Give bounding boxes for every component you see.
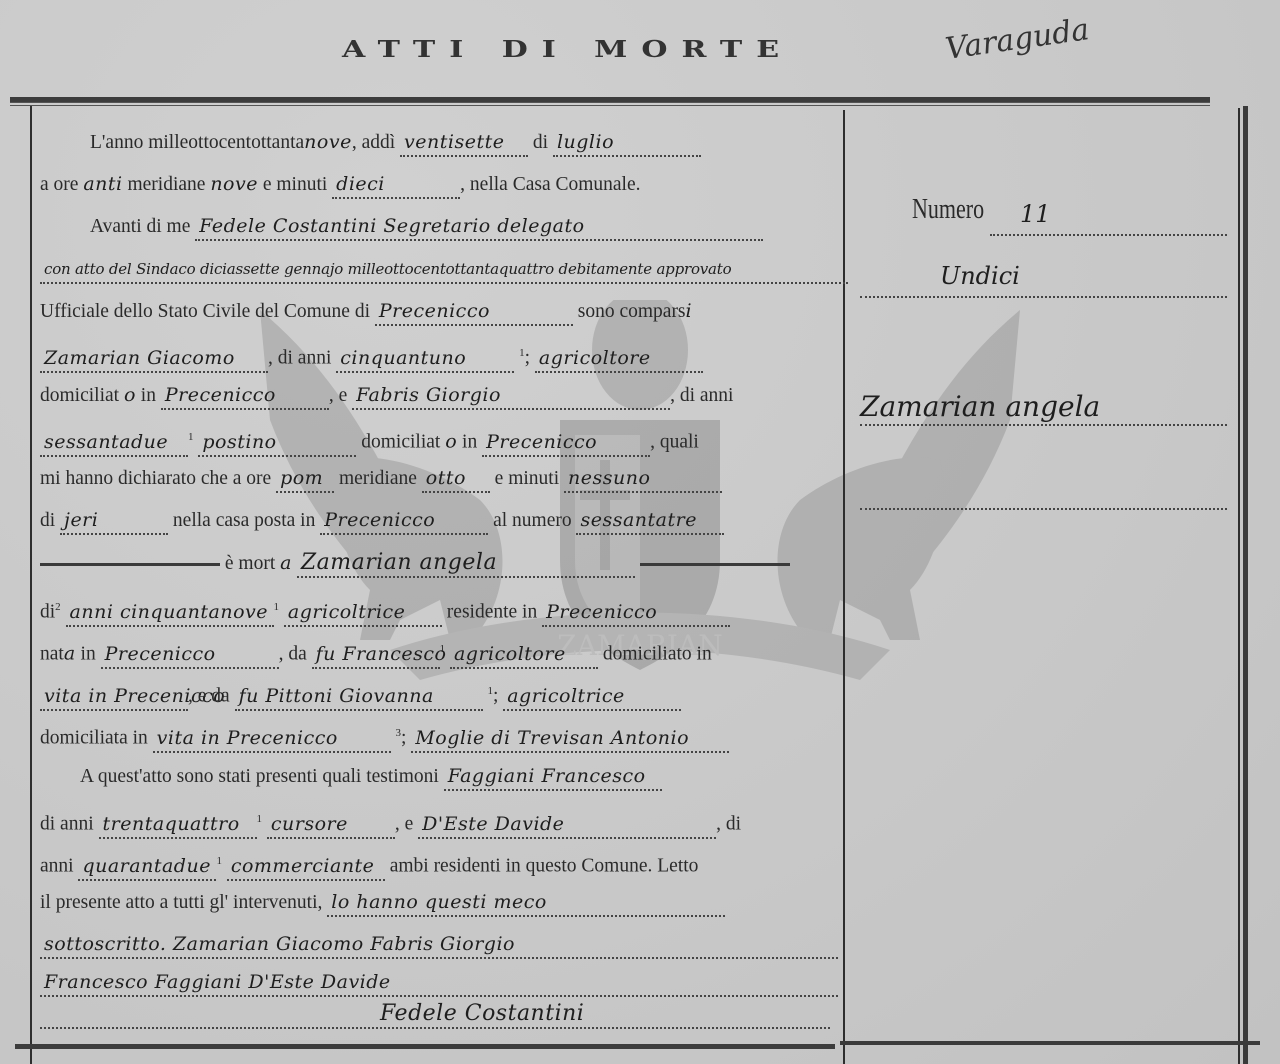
day-field: ventisette — [400, 129, 528, 157]
record-line-reading: il presente atto a tutti gl' intervenuti… — [40, 886, 830, 920]
text: , da — [279, 644, 307, 665]
text: anni — [40, 856, 74, 877]
signatures-witnesses-2: Francesco Faggiani D'Este Davide — [40, 969, 838, 997]
witness3-age-field: trentaquattro — [99, 811, 257, 839]
numero-label: Numero — [912, 192, 984, 226]
footnote-marker: 1 — [274, 601, 280, 613]
text: di — [533, 132, 548, 153]
gender-suffix: o — [445, 431, 457, 453]
witness1-age-field: cinquantuno — [336, 345, 514, 373]
footnote-marker: 1 — [216, 855, 222, 867]
year-suffix: nove — [304, 131, 352, 153]
text: e minuti — [263, 174, 327, 195]
signature-line-3: Fedele Costantini — [40, 998, 830, 1032]
death-place-field: Precenicco — [320, 507, 488, 535]
witness2-age-field: sessantadue — [40, 429, 188, 457]
blank-margin-field — [860, 474, 1227, 510]
bottom-rule-divider — [15, 1044, 835, 1049]
witness1-name-field: Zamarian Giacomo — [40, 345, 268, 373]
deceased-age-field: anni cinquantanove — [66, 599, 274, 627]
minutes-field: dieci — [332, 171, 460, 199]
text: in — [462, 432, 477, 453]
record-line-officer: Avanti di me Fedele Costantini Segretari… — [90, 210, 830, 244]
month-field: luglio — [553, 129, 701, 157]
deceased-residence-field: Precenicco — [542, 599, 730, 627]
record-line-birth: nata in Precenicco, da fu Francesco1 agr… — [40, 632, 830, 666]
death-period-field: pom — [276, 465, 334, 493]
signatures-witnesses: sottoscritto. Zamarian Giacomo Fabris Gi… — [40, 931, 838, 959]
text: il presente atto a tutti gl' intervenuti… — [40, 892, 322, 913]
gender-suffix: a — [64, 643, 76, 665]
text: , addì — [352, 132, 395, 153]
text: A quest'atto sono stati presenti quali t… — [80, 766, 439, 787]
text: di — [40, 602, 55, 623]
text: , quali — [650, 432, 699, 453]
period-field: anti — [83, 173, 122, 195]
footnote-marker: 1 — [487, 685, 493, 697]
text: al numero — [493, 510, 572, 531]
witness1-occupation-field: agricoltore — [535, 345, 703, 373]
record-line-parents: vita in Precenicco, e da fu Pittoni Giov… — [40, 674, 830, 708]
record-line-witness3: di anni trentaquattro1 cursore, e D'Este… — [40, 802, 830, 836]
plural-suffix: i — [686, 300, 693, 322]
text: mi hanno dichiarato che a ore — [40, 468, 271, 489]
text: e minuti — [495, 468, 559, 489]
mother-field: fu Pittoni Giovanna — [235, 683, 483, 711]
signature-line-2: Francesco Faggiani D'Este Davide — [40, 966, 830, 1000]
signature-line-1: sottoscritto. Zamarian Giacomo Fabris Gi… — [40, 928, 830, 962]
closing-field: lo hanno questi meco — [327, 889, 725, 917]
deceased-margin-name: Zamarian angela — [860, 390, 1100, 423]
witness1-residence-field: Precenicco — [161, 382, 329, 410]
text: in — [141, 385, 156, 406]
strike-line — [40, 563, 220, 566]
text: domiciliat — [40, 385, 119, 406]
text: , e — [395, 814, 413, 835]
text: a ore — [40, 174, 78, 195]
officer-field: Fedele Costantini Segretario delegato — [195, 213, 763, 241]
strike-line — [640, 563, 790, 566]
text: domiciliat — [361, 432, 440, 453]
page-title: ATTI DI MORTE — [342, 36, 793, 63]
record-line-comune: Ufficiale dello Stato Civile del Comune … — [40, 294, 830, 328]
witness4-name-field: D'Este Davide — [418, 811, 716, 839]
text: nat — [40, 644, 64, 665]
numero-label-text: Numero — [912, 192, 984, 225]
text: Avanti di me — [90, 216, 190, 237]
text: , e da — [188, 686, 230, 707]
text: , nella Casa Comunale. — [460, 174, 640, 195]
text: , di — [716, 814, 741, 835]
text: di anni — [40, 814, 94, 835]
footnote-marker: 1 — [440, 643, 446, 655]
gender-suffix: a — [280, 552, 292, 574]
text: di — [40, 510, 55, 531]
comune-field: Precenicco — [375, 298, 573, 326]
record-line-witness1-residence: domiciliat o in Precenicco, e Fabris Gio… — [40, 378, 830, 412]
right-border-inner — [1238, 108, 1240, 1064]
mother-occupation-field: agricoltrice — [503, 683, 681, 711]
footnote-marker: 1 — [188, 431, 194, 443]
text: , di anni — [670, 385, 733, 406]
witness3-occupation-field: cursore — [267, 811, 395, 839]
text: L'anno milleottocentottanta — [90, 132, 304, 153]
text: nella casa posta in — [173, 510, 315, 531]
gender-suffix: o — [124, 384, 136, 406]
record-line-mother-residence: domiciliata in vita in Precenicco 3; Mog… — [40, 716, 830, 750]
footnote-marker: 1 — [519, 347, 525, 359]
text: , e — [329, 385, 347, 406]
record-line-deceased-age: di2 anni cinquantanove1 agricoltrice res… — [40, 590, 830, 624]
death-minutes-field: nessuno — [564, 465, 722, 493]
numero-value-field: 11 — [990, 200, 1227, 236]
text: ambi residenti in questo Comune. Letto — [390, 856, 699, 877]
numero-words: Undici — [860, 262, 1020, 290]
deceased-margin-name-field: Zamarian angela — [860, 390, 1227, 426]
text: Ufficiale dello Stato Civile del Comune … — [40, 301, 370, 322]
witness3-name-field: Faggiani Francesco — [444, 763, 662, 791]
record-line-witness1: Zamarian Giacomo, di anni cinquantuno 1;… — [40, 336, 830, 370]
top-rule-divider — [10, 97, 1210, 103]
footnote-marker: 3 — [396, 727, 402, 739]
text: residente in — [447, 602, 537, 623]
officer-signature: Fedele Costantini — [40, 1001, 830, 1029]
birthplace-field: Precenicco — [101, 641, 279, 669]
text: è mort — [225, 553, 275, 574]
record-line-time: a ore anti meridiane nove e minuti dieci… — [40, 167, 830, 201]
father-residence-field: vita in Precenicco — [40, 683, 188, 711]
record-line-witness2: sessantadue1 postino domiciliat o in Pre… — [40, 420, 830, 454]
mother-residence-field: vita in Precenicco — [153, 725, 391, 753]
text: domiciliata in — [40, 728, 148, 749]
text: domiciliato in — [603, 644, 712, 665]
text: sono compars — [578, 301, 686, 322]
spouse-note-field: Moglie di Trevisan Antonio — [411, 725, 729, 753]
footnote-marker: 1 — [257, 813, 263, 825]
record-line-delegation: con atto del Sindaco diciassette gennajo… — [40, 252, 850, 286]
house-number-field: sessantatre — [576, 507, 724, 535]
witness4-occupation-field: commerciante — [227, 853, 385, 881]
hour-field: nove — [210, 173, 258, 195]
text: , di anni — [268, 348, 331, 369]
record-line-witness4: anni quarantadue1 commerciante ambi resi… — [40, 844, 830, 878]
deceased-name-field: Zamarian angela — [297, 550, 635, 578]
record-line-deceased: è mort a Zamarian angela — [40, 546, 830, 580]
footnote-marker: 2 — [55, 601, 61, 613]
numero-words-field: Undici — [860, 262, 1227, 298]
record-line-witnesses-intro: A quest'atto sono stati presenti quali t… — [80, 760, 830, 794]
witness2-occupation-field: postino — [198, 429, 356, 457]
delegation-field: con atto del Sindaco diciassette gennajo… — [40, 256, 848, 284]
left-border — [30, 106, 32, 1064]
witness4-age-field: quarantadue — [78, 853, 216, 881]
father-field: fu Francesco — [312, 641, 440, 669]
witness2-residence-field: Precenicco — [482, 429, 650, 457]
record-line-date: L'anno milleottocentottantanove, addì ve… — [90, 125, 830, 159]
deceased-occupation-field: agricoltrice — [284, 599, 442, 627]
right-border-outer — [1243, 106, 1248, 1064]
record-line-death-place: di jeri nella casa posta in Precenicco a… — [40, 504, 830, 538]
text: meridiane — [127, 174, 205, 195]
numero-value: 11 — [990, 200, 1051, 228]
death-hour-field: otto — [422, 465, 490, 493]
father-occupation-field: agricoltore — [450, 641, 598, 669]
text: in — [81, 644, 96, 665]
death-day-field: jeri — [60, 507, 168, 535]
record-line-death-time: mi hanno dichiarato che a ore pom meridi… — [40, 462, 830, 496]
right-column-bottom-rule — [840, 1041, 1260, 1045]
text: meridiane — [339, 468, 417, 489]
witness2-name-field: Fabris Giorgio — [352, 382, 670, 410]
